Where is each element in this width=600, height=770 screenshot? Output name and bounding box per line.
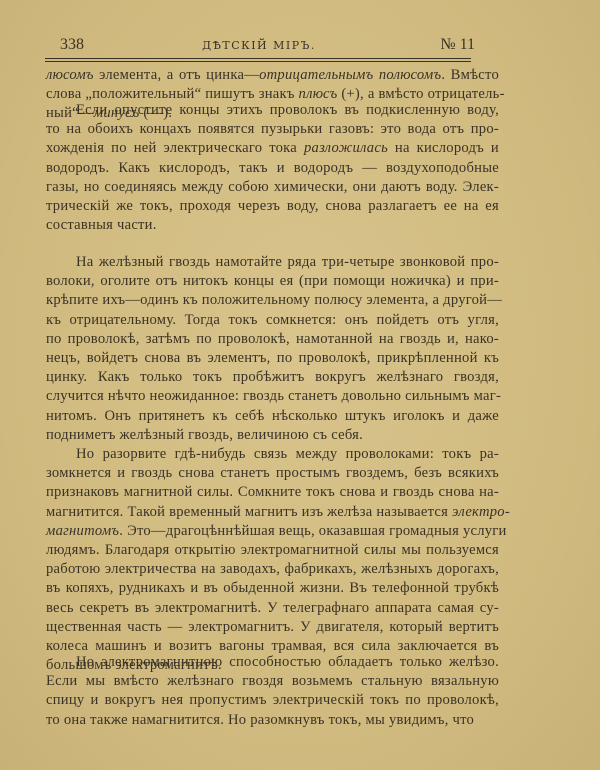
- text-line: подниметъ желѣзный гвоздь, величиною съ …: [46, 426, 499, 445]
- text-line: то на обоихъ концахъ появятся пузырьки г…: [46, 120, 499, 139]
- text-line: газы, но соединяясь между собою химическ…: [46, 178, 499, 197]
- paragraph: Если опустите концы этихъ проволокъ въ п…: [46, 101, 499, 235]
- text-line: составныя части.: [46, 216, 499, 235]
- text-line: случится нѣчто неожиданное: гвоздь стане…: [46, 387, 499, 406]
- text-line: весь секретъ въ электромагнитѣ. У телегр…: [46, 599, 499, 618]
- text-line: На желѣзный гвоздь намотайте ряда три-че…: [46, 253, 499, 272]
- text-line: нитомъ. Онъ притянетъ къ себѣ нѣсколько …: [46, 407, 499, 426]
- text-line: волоки, оголите отъ нитокъ концы ея (при…: [46, 272, 499, 291]
- text-line: нецъ, войдетъ снова въ элементъ, по пров…: [46, 349, 499, 368]
- paragraph: На желѣзный гвоздь намотайте ряда три-че…: [46, 253, 499, 445]
- text-line: хожденія по ней электрическаго тока разл…: [46, 139, 499, 158]
- text-line: щественная часть — электромагнитъ. У дви…: [46, 618, 499, 637]
- text-line: Если мы вмѣсто желѣзнаго гвоздя возьмемъ…: [46, 672, 499, 691]
- text-line: по проволокѣ, затѣмъ по проволокѣ, намот…: [46, 330, 499, 349]
- paragraph: Но электромагнитною способностью обладае…: [46, 653, 499, 730]
- text-line: цинку. Какъ только токъ пробѣжитъ вокруг…: [46, 368, 499, 387]
- text-line: трическій же токъ, проходя черезъ воду, …: [46, 197, 499, 216]
- issue-number: № 11: [440, 36, 475, 54]
- text-line: водородъ. Какъ кислородъ, такъ и водород…: [46, 159, 499, 178]
- text-line: людямъ. Благодаря открытію электромагнит…: [46, 541, 499, 560]
- header-rule-bottom: [45, 61, 471, 62]
- text-line: спицу и вокругъ нея пропустимъ электриче…: [46, 691, 499, 710]
- running-title: ДѢТСКІЙ МІРЪ.: [45, 39, 473, 52]
- text-line: люсомъ элемента, а отъ цинка—отрицательн…: [46, 66, 499, 85]
- text-line: крѣпите ихъ—одинъ къ положительному полю…: [46, 291, 499, 310]
- text-line: работою электричества на заводахъ, фабри…: [46, 560, 499, 579]
- text-line: магнитится. Такой временный магнитъ изъ …: [46, 503, 499, 522]
- text-line: къ отрицательному. Тогда токъ сомкнется:…: [46, 311, 499, 330]
- text-line: Но разорвите гдѣ-нибудь связь между пров…: [46, 445, 499, 464]
- text-line: зомкнется и гвоздь снова станетъ простым…: [46, 464, 499, 483]
- text-line: признаковъ магнитной силы. Сомкните токъ…: [46, 483, 499, 502]
- text-line: то она также намагнитится. Но разомкнувъ…: [46, 711, 499, 730]
- text-line: Но электромагнитною способностью обладае…: [46, 653, 499, 672]
- header-rule-top: [45, 58, 471, 59]
- paragraph: Но разорвите гдѣ-нибудь связь между пров…: [46, 445, 499, 675]
- text-line: магнитомъ. Это—драгоцѣннѣйшая вещь, оказ…: [46, 522, 499, 541]
- page-header: 338 ДѢТСКІЙ МІРЪ. № 11: [45, 36, 473, 58]
- text-line: Если опустите концы этихъ проволокъ въ п…: [46, 101, 499, 120]
- text-line: въ копяхъ, рудникахъ и въ обыденной жизн…: [46, 579, 499, 598]
